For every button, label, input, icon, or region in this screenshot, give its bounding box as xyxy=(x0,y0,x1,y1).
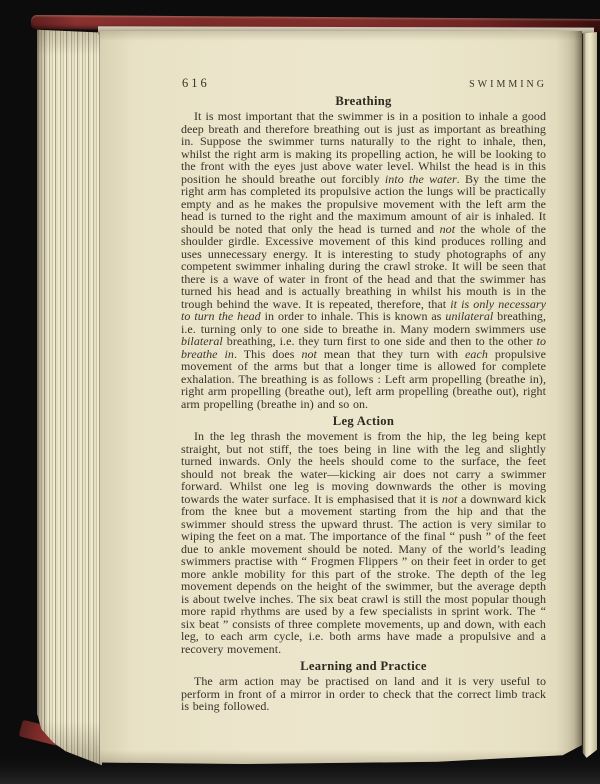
text-run: a downward kick from the knee but a move… xyxy=(181,492,546,656)
text-column: Breathing It is most important that the … xyxy=(181,95,546,718)
page-edges-stack xyxy=(36,26,102,766)
book-page: 616 SWIMMING Breathing It is most import… xyxy=(100,31,582,764)
gutter-crease-shadow xyxy=(556,31,582,764)
paragraph-leg-action: In the leg thrash the movement is from t… xyxy=(181,430,546,655)
paragraph-breathing: It is most important that the swimmer is… xyxy=(181,110,546,410)
section-heading-learning-and-practice: Learning and Practice xyxy=(181,660,546,673)
section-heading-leg-action: Leg Action xyxy=(181,415,546,428)
book-photo: 616 SWIMMING Breathing It is most import… xyxy=(0,0,600,784)
facing-page-edge xyxy=(582,32,597,760)
paragraph-learning-and-practice: The arm action may be practised on land … xyxy=(181,675,546,713)
text-run: The arm action may be practised on land … xyxy=(181,674,546,713)
page-number: 616 xyxy=(182,76,210,91)
running-head: SWIMMING xyxy=(435,79,547,90)
section-heading-breathing: Breathing xyxy=(181,95,546,108)
